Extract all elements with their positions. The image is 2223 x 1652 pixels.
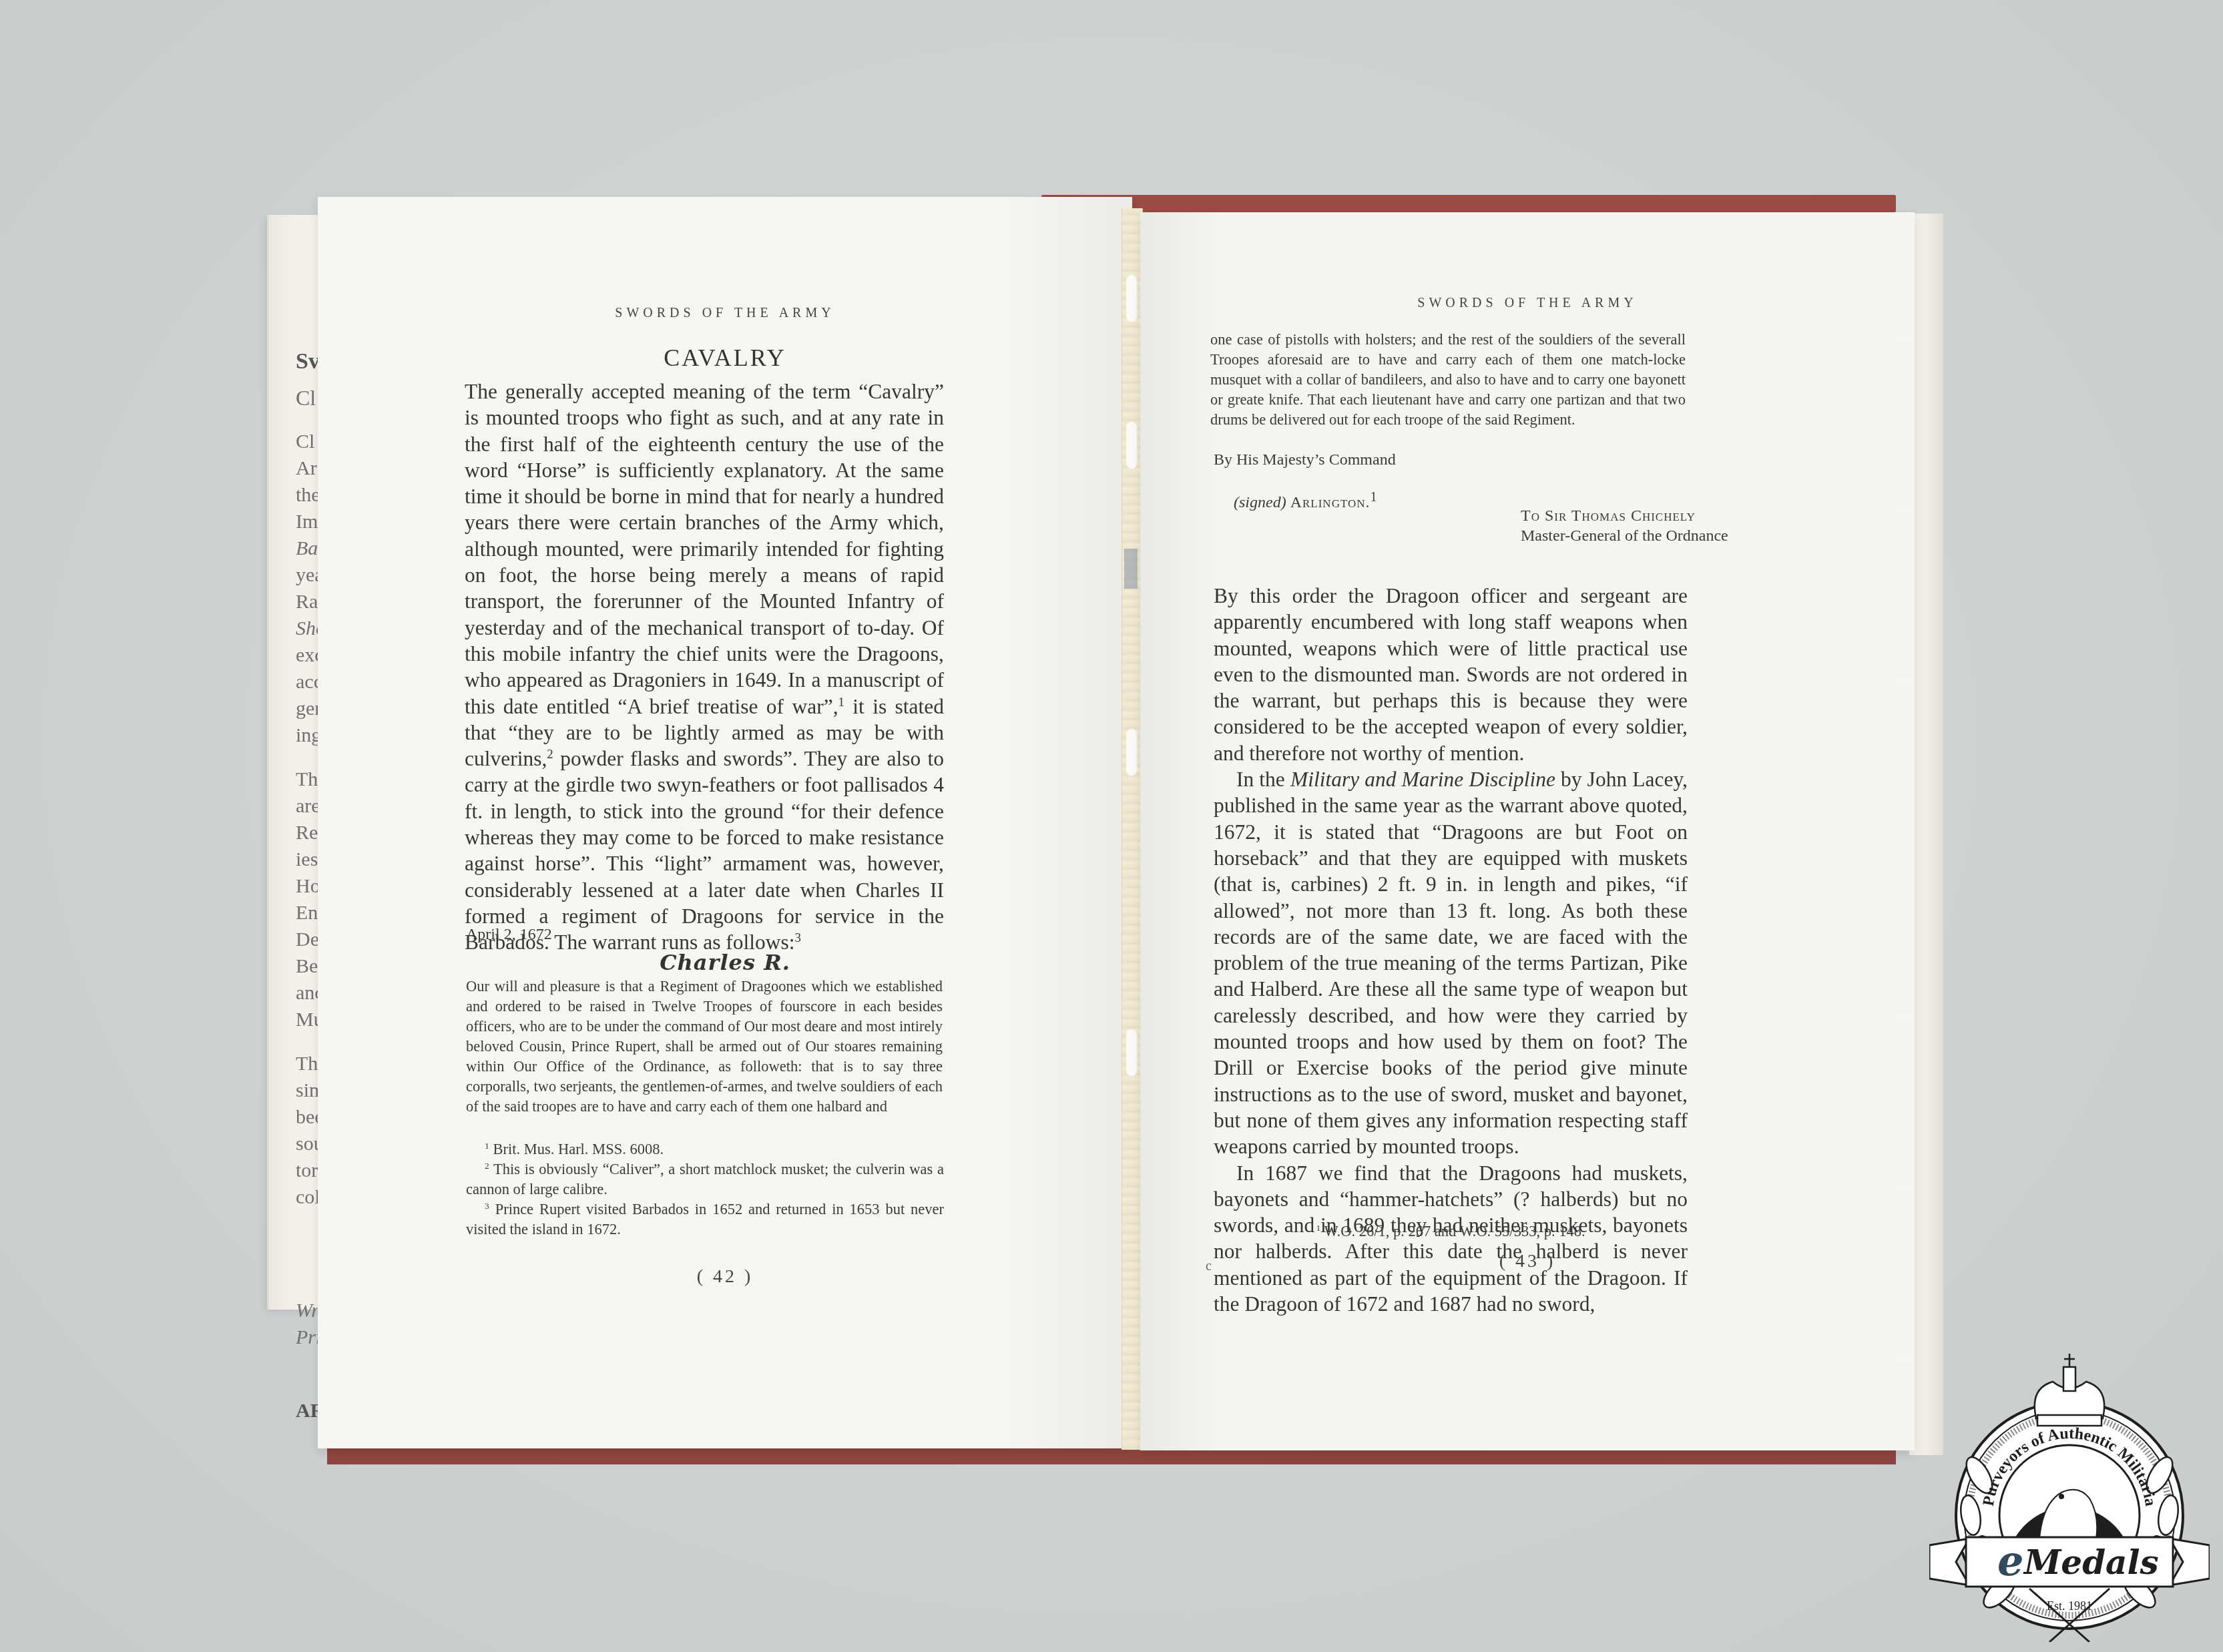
footnotes: 1 W.O. 26/1, p. 267 and W.O. 55/333, p. … (1214, 1221, 1688, 1242)
footnote-text: W.O. 26/1, p. 267 and W.O. 55/333, p. 14… (1324, 1223, 1585, 1240)
footnote-ref: 1 (1371, 490, 1377, 505)
footnote-number: 1 (485, 1141, 489, 1151)
body-text-run: In the (1236, 768, 1290, 791)
addressee-block: To Sir Thomas Chichely Master-General of… (1521, 506, 1688, 546)
gutter-stain (1124, 549, 1138, 589)
left-page: SWORDS OF THE ARMY CAVALRY The generally… (318, 197, 1132, 1448)
page-number: ( 43 ) (1140, 1251, 1915, 1272)
footnote-text: This is obviously “Caliver”, a short mat… (466, 1161, 944, 1197)
emedals-watermark-badge: Purveyors of Authentic Militaria e Medal… (1929, 1348, 2210, 1642)
warrant-date: April 2, 1672 (466, 926, 552, 944)
footnote: 1 W.O. 26/1, p. 267 and W.O. 55/333, p. … (1214, 1221, 1688, 1242)
body-text-run: powder flasks and swords”. They are also… (465, 747, 944, 954)
footnote-number: 2 (485, 1161, 489, 1171)
footnote-text: Prince Rupert visited Barbados in 1652 a… (466, 1201, 944, 1237)
footnote-ref: 3 (795, 931, 801, 945)
stitch-mark (1126, 275, 1137, 322)
footnote: 2 This is obviously “Caliver”, a short m… (466, 1159, 944, 1199)
book-title-italic: Military and Marine Discipline (1290, 768, 1555, 791)
stitch-mark (1126, 1029, 1137, 1076)
stitch-mark (1126, 729, 1137, 776)
footnote: 1 Brit. Mus. Harl. MSS. 6008. (466, 1139, 944, 1159)
signed-line: (signed) Arlington.1 (1234, 490, 1377, 512)
footnote-number: 3 (485, 1201, 489, 1211)
by-command-line: By His Majesty’s Command (1214, 451, 1396, 469)
footnote-ref: 1 (838, 695, 844, 709)
signatory-name: Arlington. (1290, 494, 1371, 511)
running-head: SWORDS OF THE ARMY (318, 306, 1132, 321)
page-number: ( 42 ) (318, 1266, 1132, 1288)
footnote-ref: 2 (547, 748, 553, 762)
body-text-run: by John Lacey, published in the same yea… (1214, 768, 1688, 1158)
body-text-run: The generally accepted meaning of the te… (465, 380, 944, 718)
running-head: SWORDS OF THE ARMY (1140, 296, 1915, 311)
book-cover-edge-top (1041, 195, 1896, 212)
warrant-royal-signature: Charles R. (318, 950, 1132, 975)
signed-label: (signed) (1234, 494, 1286, 511)
emedals-crest-icon: Purveyors of Authentic Militaria e Medal… (1929, 1348, 2210, 1642)
stitch-mark (1126, 422, 1137, 469)
addressee-title: Master-General of the Ordnance (1521, 526, 1688, 546)
footnote-text: Brit. Mus. Harl. MSS. 6008. (493, 1141, 664, 1157)
badge-brand-e: e (1997, 1537, 2023, 1585)
badge-brand-name: Medals (2023, 1543, 2159, 1582)
body-paragraph: The generally accepted meaning of the te… (465, 378, 944, 956)
warrant-text-continued: one case of pistolls with holsters; and … (1210, 330, 1686, 430)
body-text: By this order the Dragoon officer and se… (1214, 583, 1688, 1317)
body-paragraph: In the Military and Marine Discipline by… (1214, 766, 1688, 1159)
body-paragraph: By this order the Dragoon officer and se… (1214, 583, 1688, 766)
book-cover-edge-bottom (327, 1448, 1896, 1464)
addressee-name: To Sir Thomas Chichely (1521, 506, 1688, 526)
footnote: 3 Prince Rupert visited Barbados in 1652… (466, 1199, 944, 1240)
right-page: SWORDS OF THE ARMY one case of pistolls … (1140, 212, 1915, 1450)
warrant-text: Our will and pleasure is that a Regiment… (466, 977, 943, 1117)
footnote-number: 1 (1316, 1223, 1320, 1233)
chapter-title: CAVALRY (318, 344, 1132, 372)
footnotes: 1 Brit. Mus. Harl. MSS. 6008. 2 This is … (466, 1139, 944, 1240)
